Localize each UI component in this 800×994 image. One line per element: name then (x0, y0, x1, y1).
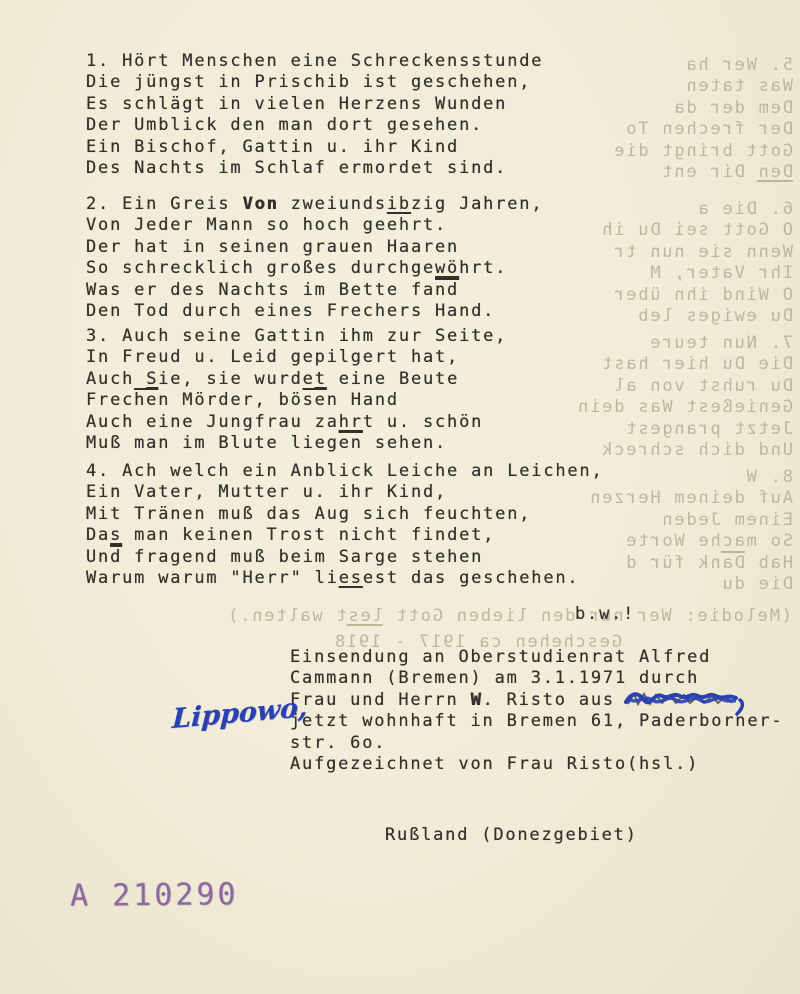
poem-line: Muß man im Blute liegen sehen. (86, 433, 507, 454)
ghost-line: 5. Wer ha (558, 55, 793, 76)
poem-line: Ein Bischof, Gattin u. ihr Kind (86, 137, 543, 158)
attribution-line: Cammann (Bremen) am 3.1.1971 durch (290, 668, 783, 689)
poem-line: Was er des Nachts im Bette fand (86, 280, 543, 301)
bleedthrough-stanza-6: 6. Die aO Gott sei Du ihWenn sie nun trI… (558, 199, 793, 327)
poem-line: In Freud u. Leid gepilgert hat, (86, 347, 507, 368)
poem-line: 4. Ach welch ein Anblick Leiche an Leich… (86, 461, 604, 482)
ghost-line: Gott bringt die (558, 141, 793, 162)
ghost-line: Du ruhst von al (558, 376, 793, 397)
ghost-line: O Gott sei Du ih (558, 220, 793, 241)
poem-line: Auch eine Jungfrau zahrt u. schön (86, 412, 507, 433)
poem-line: Der Umblick den man dort gesehen. (86, 115, 543, 136)
ghost-line: 7. Nun teure (558, 333, 793, 354)
ghost-line: Genießest Was dein (558, 397, 793, 418)
ghost-line: 6. Die a (558, 199, 793, 220)
stanza-3: 3. Auch seine Gattin ihm zur Seite,In Fr… (86, 326, 507, 454)
ghost-line: (Melodie: Wer nur den lieben Gott lest w… (212, 606, 792, 627)
attribution-line: Einsendung an Oberstudienrat Alfred (290, 647, 783, 668)
poem-line: Die jüngst in Prischib ist geschehen, (86, 72, 543, 93)
stanza-4: 4. Ach welch ein Anblick Leiche an Leich… (86, 461, 604, 589)
scribbled-out-word (624, 688, 754, 716)
ghost-line: Ihr Vater, M (558, 263, 793, 284)
bleedthrough-stanza-7: 7. Nun teureDie Du hier hastDu ruhst von… (558, 333, 793, 461)
ghost-line: Der frechen To (558, 119, 793, 140)
ghost-line: Jetzt prangest (558, 419, 793, 440)
bleedthrough-stanza-5: 5. Wer haWas tatenDem der daDer frechen … (558, 55, 793, 183)
poem-line: Den Tod durch eines Frechers Hand. (86, 301, 543, 322)
poem-line: So schrecklich großes durchgewöhrt. (86, 258, 543, 279)
poem-line: Frechen Mörder, bösen Hand (86, 390, 507, 411)
stanza-1: 1. Hört Menschen eine SchreckensstundeDi… (86, 51, 543, 179)
ghost-line: O Wind ihn über (558, 285, 793, 306)
poem-line: Es schlägt in vielen Herzens Wunden (86, 94, 543, 115)
attribution-line: str. 6o. (290, 733, 783, 754)
poem-line: Warum warum "Herr" liesest das geschehen… (86, 568, 604, 589)
stanza-2: 2. Ein Greis Von zweiundsibzig Jahren,Vo… (86, 194, 543, 322)
poem-line: Ein Vater, Mutter u. ihr Kind, (86, 482, 604, 503)
bleedthrough-melody-note: (Melodie: Wer nur den lieben Gott lest w… (212, 606, 792, 627)
scanned-document-page: 5. Wer haWas tatenDem der daDer frechen … (0, 0, 800, 994)
handwritten-place-name: Lippowo, (171, 692, 308, 735)
attribution-line: Aufgezeichnet von Frau Risto(hsl.) (290, 754, 783, 775)
poem-line: 1. Hört Menschen eine Schreckensstunde (86, 51, 543, 72)
turn-page-note: b.w.! (575, 604, 635, 625)
poem-line: Des Nachts im Schlaf ermordet sind. (86, 158, 543, 179)
poem-line: Auch Sie, sie wurdet eine Beute (86, 369, 507, 390)
ghost-line: Dem der da (558, 98, 793, 119)
poem-line: 3. Auch seine Gattin ihm zur Seite, (86, 326, 507, 347)
ghost-line: Wenn sie nun tr (558, 242, 793, 263)
ghost-line: Den Dir ent (558, 162, 793, 183)
ghost-line: Die Du hier hast (558, 354, 793, 375)
poem-line: Das man keinen Trost nicht findet, (86, 525, 604, 546)
poem-line: Mit Tränen muß das Aug sich feuchten, (86, 504, 604, 525)
ghost-line: Du ewiges leb (558, 306, 793, 327)
poem-line: Von Jeder Mann so hoch geehrt. (86, 215, 543, 236)
poem-line: Der hat in seinen grauen Haaren (86, 237, 543, 258)
archive-number-stamp: A 210290 (70, 877, 239, 914)
ghost-line: Und dich schreck (558, 440, 793, 461)
poem-line: Und fragend muß beim Sarge stehen (86, 547, 604, 568)
ghost-line: Was taten (558, 76, 793, 97)
origin-note: Rußland (Donezgebiet) (385, 825, 638, 846)
poem-line: 2. Ein Greis Von zweiundsibzig Jahren, (86, 194, 543, 215)
